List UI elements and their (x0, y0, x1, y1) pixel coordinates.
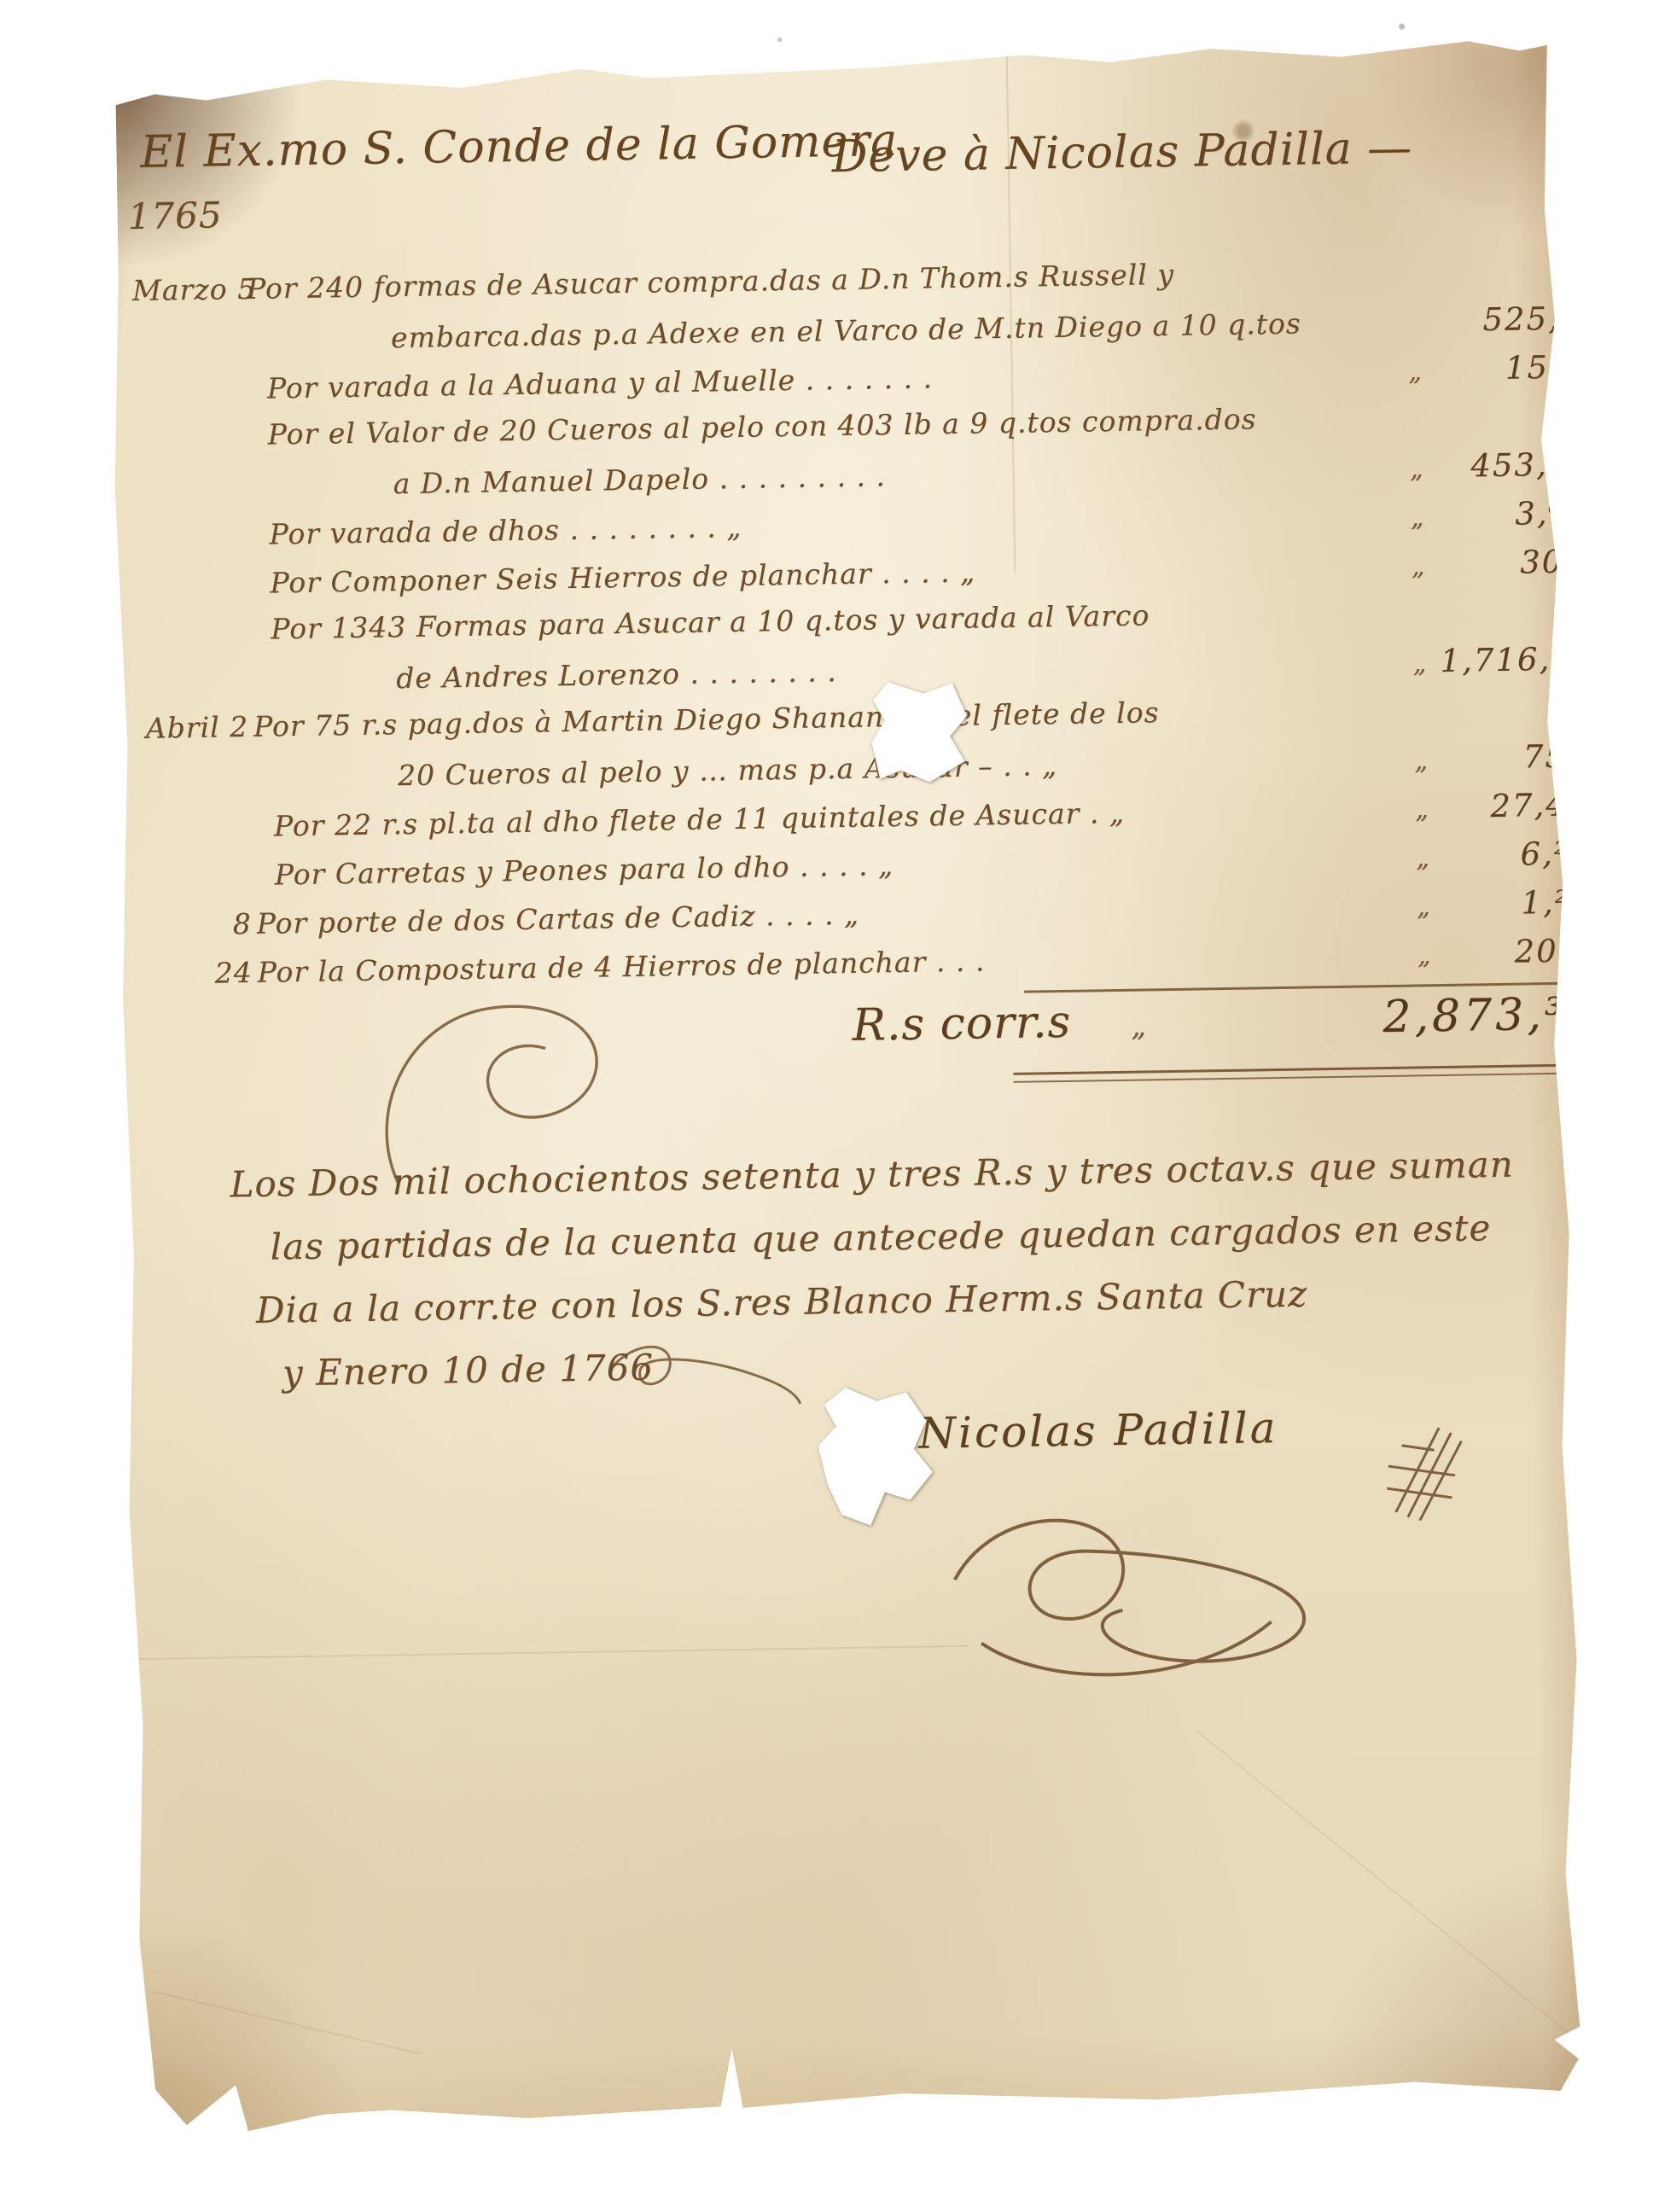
paper-hole (870, 681, 968, 783)
total-double-underline (1014, 1063, 1579, 1082)
entry-ditto-mark: „ (1376, 357, 1423, 387)
entry-date: 24 (143, 956, 258, 991)
entry-date (138, 690, 253, 692)
paper-hole (817, 1386, 934, 1526)
entry-amount (1423, 424, 1562, 427)
entry-amount: 1,716,² (1427, 641, 1566, 680)
entry-ditto-mark: „ (1378, 503, 1425, 533)
ledger: Marzo 5Por 240 formas de Asucar compra.d… (132, 252, 1570, 1004)
fold-crease-horizontal (133, 1645, 969, 1660)
entry-date (134, 399, 248, 400)
entry-amount: 30 (1425, 544, 1564, 583)
entry-ditto-mark: „ (1377, 454, 1424, 485)
total-currency-label: R.s corr.s (852, 997, 1071, 1051)
scanned-document-page: El Ex.mo S. Conde de la Gomera Deve à Ni… (0, 0, 1659, 2212)
entry-amount: 15, (1422, 349, 1561, 388)
paper-hole-shape (817, 1386, 934, 1526)
document-title-creditor: Deve à Nicolas Padilla — (831, 122, 1412, 183)
entry-ditto-mark (1376, 331, 1422, 332)
entry-ditto-mark (1382, 718, 1428, 719)
entry-amount (1421, 278, 1559, 281)
signature-rubric (1382, 1416, 1470, 1528)
entry-ditto-mark (1380, 620, 1426, 621)
entry-ditto-mark: „ (1383, 795, 1430, 825)
entry-amount: 75 (1429, 738, 1568, 777)
entry-amount (1426, 619, 1564, 621)
entry-amount: 6,² (1429, 835, 1569, 875)
total-amount: 2,873,³ (1146, 989, 1578, 1047)
entry-ditto-mark: „ (1383, 843, 1430, 874)
entry-ditto-mark: „ (1381, 649, 1428, 679)
entry-ditto-mark (1375, 280, 1421, 281)
entry-date (137, 544, 251, 546)
signature-flourish (928, 1493, 1341, 1696)
total-ditto-mark: „ (1071, 1009, 1147, 1044)
entry-ditto-mark: „ (1379, 551, 1426, 582)
entry-date (142, 885, 256, 887)
entry-amount: 525, (1421, 300, 1560, 340)
entry-date (138, 639, 253, 641)
entry-amount: 27,4 (1429, 787, 1568, 826)
year-label: 1765 (127, 194, 223, 237)
total-row: R.s corr.s „ 2,873,³ (852, 989, 1578, 1051)
signature-name: Nicolas Padilla (918, 1403, 1278, 1458)
fold-crease-diagonal-right (1195, 1730, 1567, 2033)
closing-paragraph: Los Dos mil ochocientos setenta y tres R… (230, 1132, 1539, 1406)
entry-ditto-mark (1377, 426, 1423, 427)
entry-ditto-mark: „ (1385, 940, 1432, 971)
entry-ditto-mark: „ (1382, 746, 1429, 777)
entry-ditto-mark: „ (1384, 892, 1431, 923)
entry-date (141, 836, 255, 838)
entry-date (137, 593, 252, 595)
paper-hole-shape (870, 681, 968, 783)
entry-amount: 1,² (1430, 884, 1569, 923)
manuscript-paper: El Ex.mo S. Conde de la Gomera Deve à Ni… (103, 38, 1586, 2153)
document-title-debtor: El Ex.mo S. Conde de la Gomera (140, 115, 898, 178)
entry-date: 8 (142, 907, 257, 942)
fold-crease-corner-left (154, 1991, 420, 2054)
entry-date (140, 788, 254, 789)
entry-amount: 453,³ (1423, 446, 1563, 486)
entry-amount (1428, 716, 1566, 719)
entry-date (136, 496, 250, 498)
entry-date: Abril 2 (139, 710, 254, 745)
entry-date (133, 350, 247, 352)
entry-date: Marzo 5 (132, 272, 247, 307)
entry-amount: 3,⁶ (1424, 495, 1563, 534)
entry-amount: 20, (1431, 933, 1570, 972)
entry-date (135, 445, 249, 446)
entry-description: Por 240 formas de Asucar compra.das a D.… (247, 254, 1375, 306)
